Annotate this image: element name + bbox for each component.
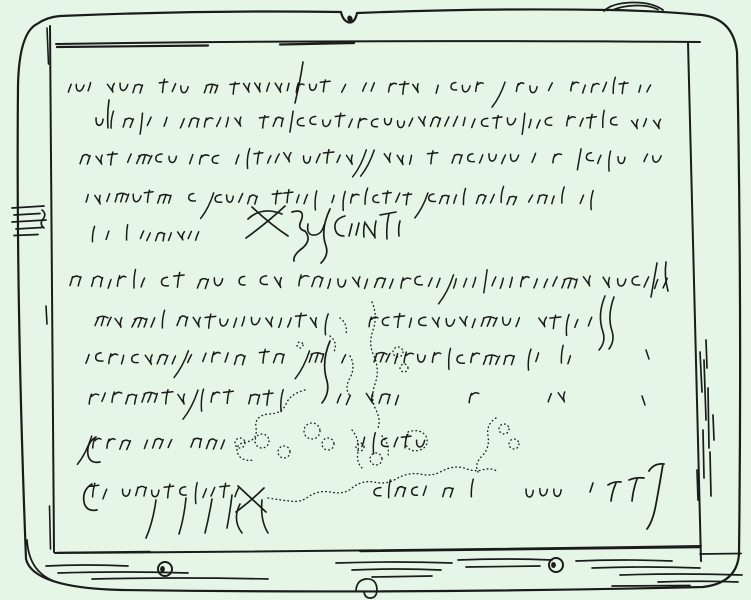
tablet-facsimile xyxy=(0,0,751,600)
tablet-figure xyxy=(0,0,751,600)
tablet-svg xyxy=(0,0,751,600)
